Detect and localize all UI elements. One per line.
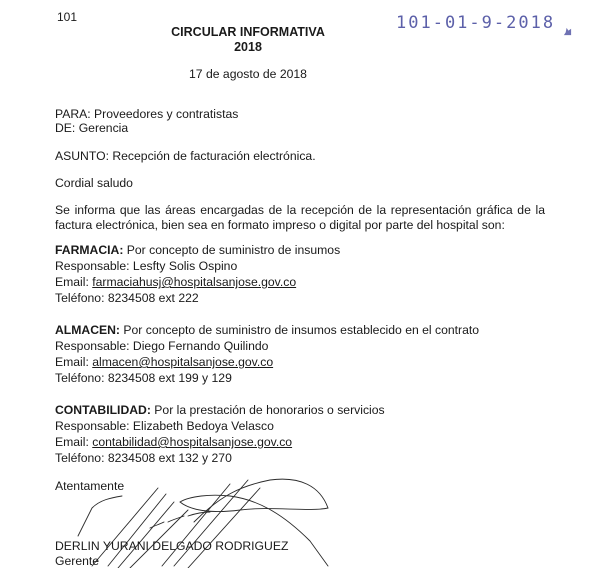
area-almacen-heading: ALMACEN: Por concepto de suministro de i… xyxy=(55,323,479,338)
subject-line: ASUNTO: Recepción de facturación electró… xyxy=(55,149,316,164)
farewell: Atentamente xyxy=(55,479,124,494)
area-farmacia-email-line: Email: farmaciahusj@hospitalsanjose.gov.… xyxy=(55,275,296,290)
stamp-mark-icon xyxy=(563,27,572,36)
area-name: ALMACEN: xyxy=(55,323,120,337)
area-contabilidad-responsible: Responsable: Elizabeth Bedoya Velasco xyxy=(55,419,274,434)
area-concept: Por concepto de suministro de insumos es… xyxy=(120,323,479,337)
area-farmacia-heading: FARMACIA: Por concepto de suministro de … xyxy=(55,243,340,258)
email-label: Email: xyxy=(55,435,92,449)
email-label: Email: xyxy=(55,355,92,369)
sender-line: DE: Gerencia xyxy=(55,121,128,136)
area-name: FARMACIA: xyxy=(55,243,123,257)
email-label: Email: xyxy=(55,275,92,289)
reference-number: 101 xyxy=(57,10,77,25)
contabilidad-email-link[interactable]: contabilidad@hospitalsanjose.gov.co xyxy=(92,435,292,449)
area-contabilidad-phone: Teléfono: 8234508 ext 132 y 270 xyxy=(55,451,232,466)
recipient-line: PARA: Proveedores y contratistas xyxy=(55,107,238,122)
circular-document: 101 CIRCULAR INFORMATIVA 2018 101-01-9-2… xyxy=(0,0,600,568)
area-almacen-phone: Teléfono: 8234508 ext 199 y 129 xyxy=(55,371,232,386)
signer-name: DERLIN YURANI DELGADO RODRIGUEZ xyxy=(55,539,288,554)
area-concept: Por la prestación de honorarios o servic… xyxy=(151,403,385,417)
area-almacen-email-line: Email: almacen@hospitalsanjose.gov.co xyxy=(55,355,273,370)
area-farmacia-responsible: Responsable: Lesfty Solis Ospino xyxy=(55,259,237,274)
filing-stamp: 101-01-9-2018 xyxy=(396,13,555,33)
area-contabilidad-email-line: Email: contabilidad@hospitalsanjose.gov.… xyxy=(55,435,292,450)
farmacia-email-link[interactable]: farmaciahusj@hospitalsanjose.gov.co xyxy=(92,275,296,289)
area-concept: Por concepto de suministro de insumos xyxy=(123,243,340,257)
area-contabilidad-heading: CONTABILIDAD: Por la prestación de honor… xyxy=(55,403,385,418)
almacen-email-link[interactable]: almacen@hospitalsanjose.gov.co xyxy=(92,355,273,369)
area-farmacia-phone: Teléfono: 8234508 ext 222 xyxy=(55,291,199,306)
signer-role: Gerente xyxy=(55,554,99,568)
document-date: 17 de agosto de 2018 xyxy=(0,67,496,82)
intro-paragraph: Se informa que las áreas encargadas de l… xyxy=(55,203,545,233)
area-almacen-responsible: Responsable: Diego Fernando Quilindo xyxy=(55,339,268,354)
greeting: Cordial saludo xyxy=(55,176,133,191)
area-name: CONTABILIDAD: xyxy=(55,403,151,417)
document-year: 2018 xyxy=(0,40,496,55)
